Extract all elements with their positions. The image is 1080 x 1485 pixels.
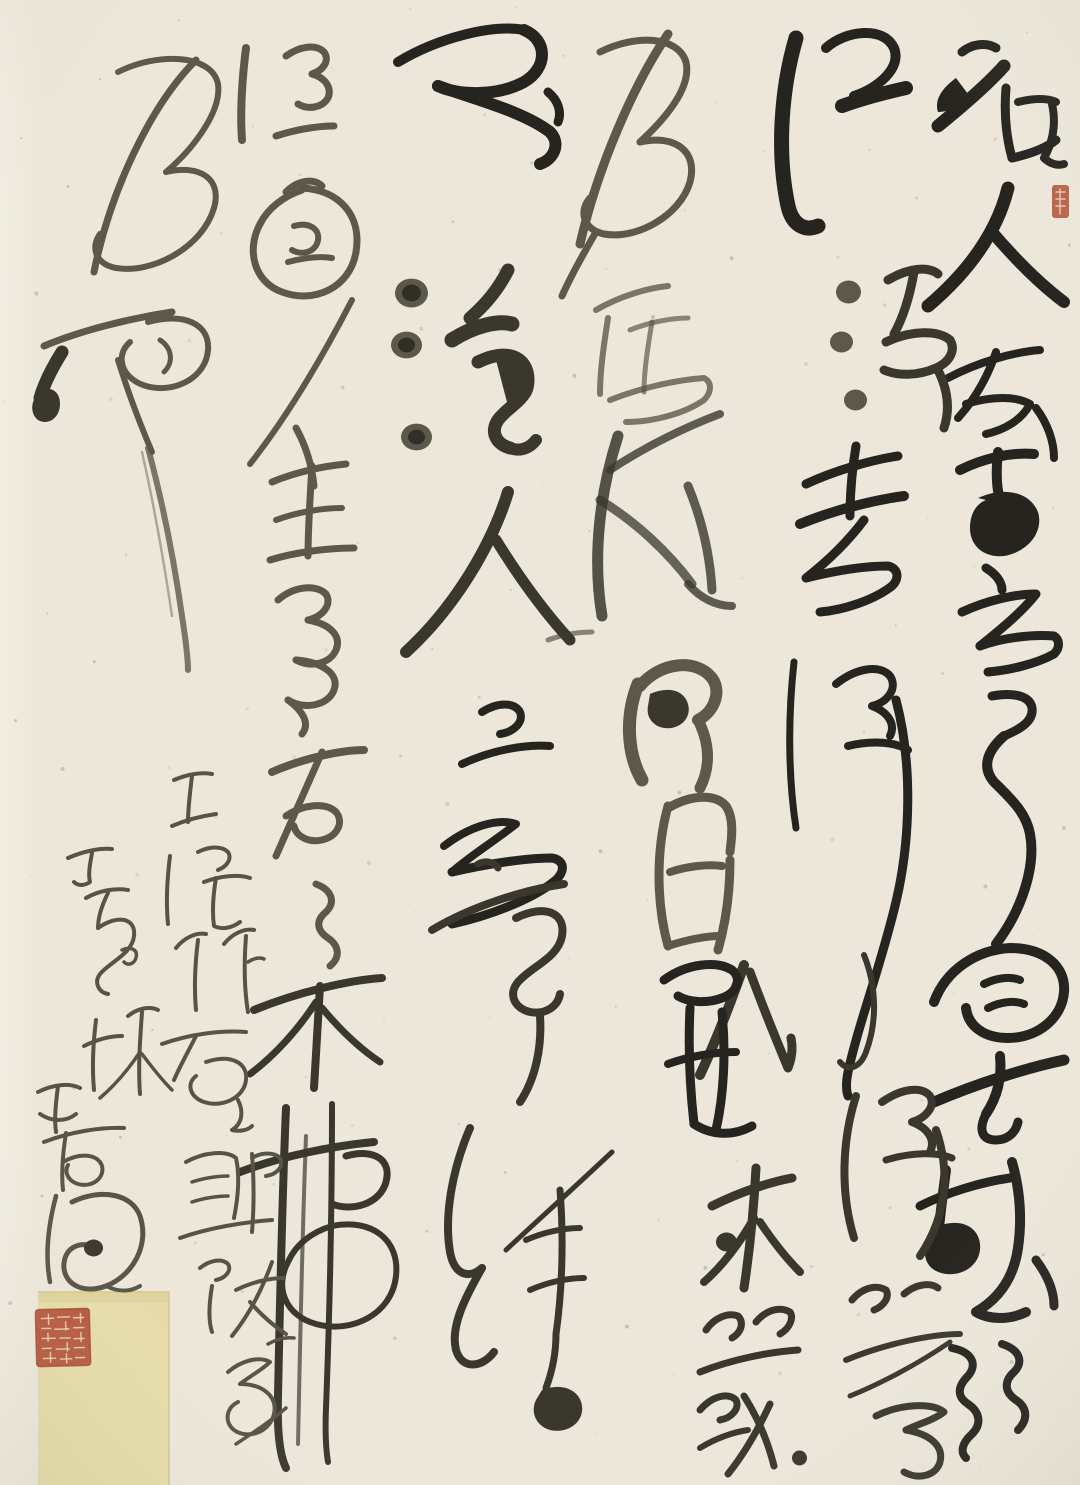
artwork-canvas [0, 0, 1080, 1485]
vignette-overlay [0, 0, 1080, 1485]
calligraphy-artwork: Chinese wild-cursive (kuangcao) calligra… [0, 0, 1080, 1485]
